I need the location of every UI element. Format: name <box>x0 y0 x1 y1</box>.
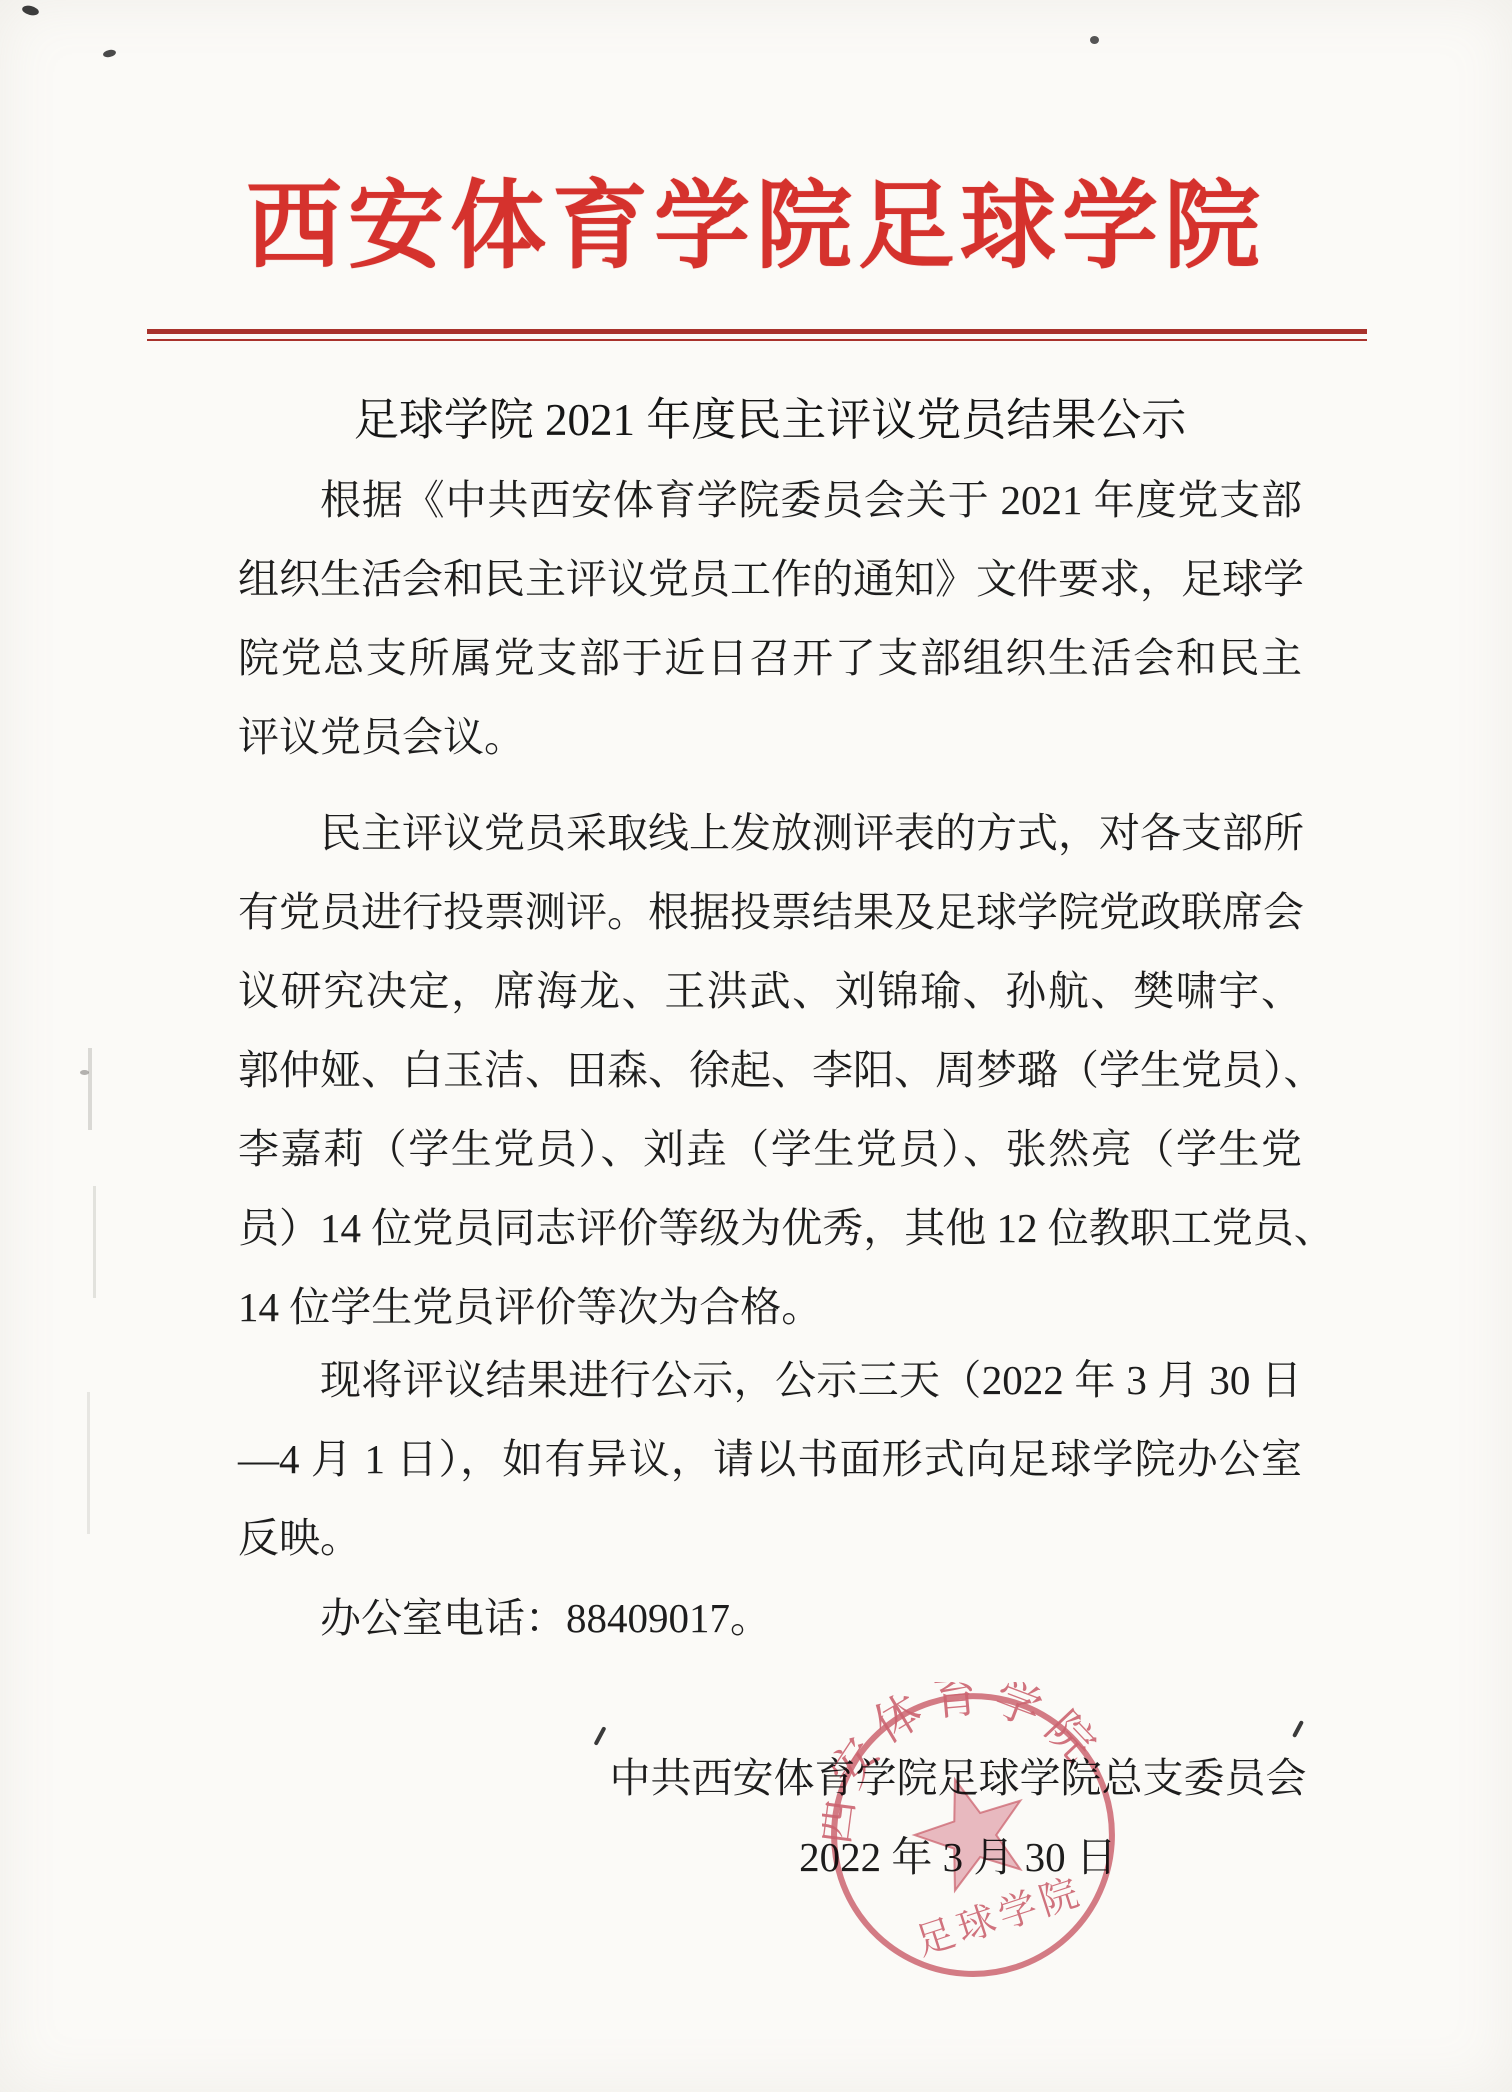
scan-streak <box>87 1392 90 1534</box>
letterhead-title: 西安体育学院足球学院 <box>0 150 1512 287</box>
scan-streak <box>93 1186 96 1298</box>
letterhead-rule-thin <box>147 339 1367 341</box>
text-line: 郭仲娅、白玉洁、田森、徐起、李阳、周梦璐（学生党员）、 <box>238 1031 1302 1110</box>
text-line: 议研究决定，席海龙、王洪武、刘锦瑜、孙航、樊啸宇、 <box>238 952 1302 1031</box>
text-line: 14 位学生党员评价等次为合格。 <box>238 1268 1302 1347</box>
seal-star-icon <box>902 1762 1040 1897</box>
paragraph-3: 现将评议结果进行公示，公示三天（2022 年 3 月 30 日—4 月 1 日）… <box>238 1341 1302 1578</box>
text-line: 组织生活会和民主评议党员工作的通知》文件要求，足球学 <box>238 540 1302 619</box>
text-line: 现将评议结果进行公示，公示三天（2022 年 3 月 30 日 <box>238 1341 1302 1420</box>
text-line: 办公室电话：88409017。 <box>238 1579 1302 1658</box>
text-line: 员）14 位党员同志评价等级为优秀，其他 12 位教职工党员、 <box>238 1189 1302 1268</box>
text-line: —4 月 1 日），如有异议，请以书面形式向足球学院办公室 <box>238 1420 1302 1499</box>
seal-bottom-text: 足球学院 <box>911 1871 1089 1964</box>
official-seal: 西安体育学院 足球学院 <box>822 1682 1124 1984</box>
text-line: 评议党员会议。 <box>238 698 1302 777</box>
paragraph-1: 根据《中共西安体育学院委员会关于 2021 年度党支部组织生活会和民主评议党员工… <box>238 461 1302 777</box>
text-line: 有党员进行投票测评。根据投票结果及足球学院党政联席会 <box>238 873 1302 952</box>
document-title: 足球学院 2021 年度民主评议党员结果公示 <box>238 383 1302 448</box>
scan-speck <box>1292 1720 1304 1738</box>
letterhead-rule-thick <box>147 329 1367 334</box>
text-line: 民主评议党员采取线上发放测评表的方式，对各支部所 <box>238 794 1302 873</box>
text-line: 李嘉莉（学生党员）、刘垚（学生党员）、张然亮（学生党 <box>238 1110 1302 1189</box>
paragraph-2: 民主评议党员采取线上发放测评表的方式，对各支部所有党员进行投票测评。根据投票结果… <box>238 794 1302 1347</box>
paragraph-phone: 办公室电话：88409017。 <box>238 1579 1302 1658</box>
scan-streak <box>88 1048 92 1130</box>
text-line: 院党总支所属党支部于近日召开了支部组织生活会和民主 <box>238 619 1302 698</box>
text-line: 根据《中共西安体育学院委员会关于 2021 年度党支部 <box>238 461 1302 540</box>
scan-speck <box>102 49 116 59</box>
text-line: 反映。 <box>238 1499 1302 1578</box>
scan-speck <box>21 4 40 17</box>
scan-speck <box>1090 36 1099 44</box>
scan-speck <box>594 1726 607 1746</box>
scan-streak <box>80 1070 89 1075</box>
scanned-document-page: 西安体育学院足球学院 足球学院 2021 年度民主评议党员结果公示 根据《中共西… <box>0 0 1512 2092</box>
